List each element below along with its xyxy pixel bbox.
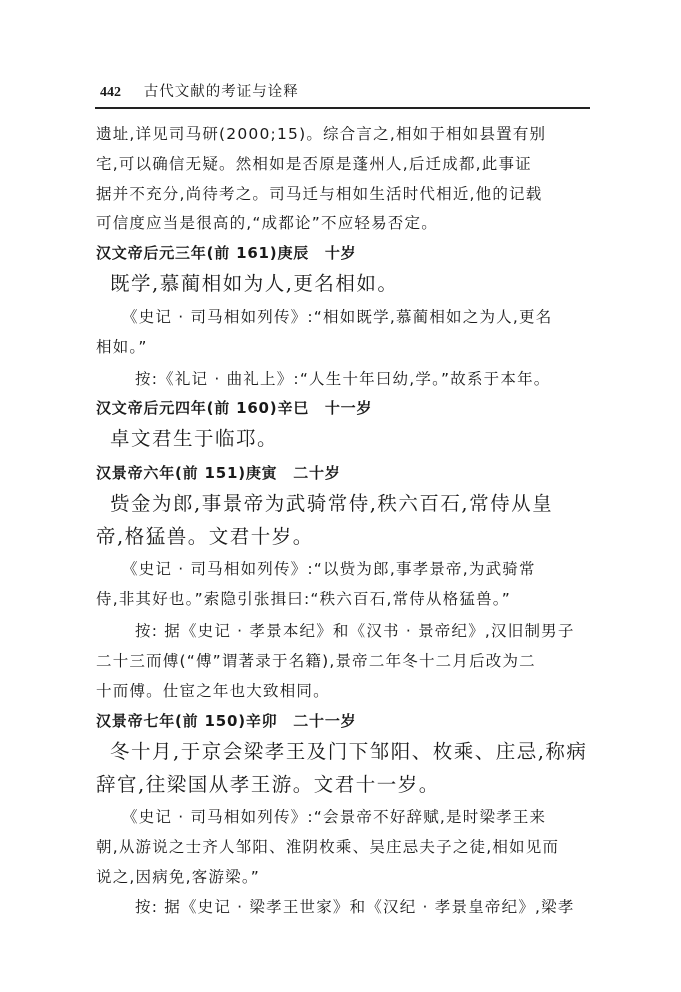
body-line: 相如。” <box>96 335 592 357</box>
body-line: 可信度应当是很高的,“成都论”不应轻易否定。 <box>96 211 592 233</box>
year-heading: 汉文帝后元三年(前 161)庚辰 十岁 <box>96 242 592 263</box>
quote-line: 《史记 · 司马相如列传》:“相如既学,慕蔺相如之为人,更名 <box>122 305 618 327</box>
quote-line: 《史记 · 司马相如列传》:“会景帝不好辞赋,是时梁孝王来 <box>122 805 618 827</box>
running-header: 442 古代文献的考证与诠释 <box>100 80 299 101</box>
body-line: 据并不充分,尚待考之。司马迁与相如生活时代相近,他的记载 <box>96 182 592 204</box>
quote-line: 《史记 · 司马相如列传》:“以赀为郎,事孝景帝,为武骑常 <box>122 557 618 579</box>
year-heading: 汉文帝后元四年(前 160)辛巳 十一岁 <box>96 397 592 418</box>
page-number: 442 <box>100 85 121 100</box>
header-rule <box>95 107 590 109</box>
year-heading: 汉景帝六年(前 151)庚寅 二十岁 <box>96 462 592 483</box>
body-line: 十而傅。仕宦之年也大致相同。 <box>96 679 592 701</box>
body-line: 侍,非其好也。”索隐引张揖曰:“秩六百石,常侍从格猛兽。” <box>96 587 592 609</box>
note-line: 按: 据《史记 · 孝景本纪》和《汉书 · 景帝纪》,汉旧制男子 <box>135 619 631 641</box>
note-line: 按:《礼记 · 曲礼上》:“人生十年曰幼,学。”故系于本年。 <box>135 367 631 389</box>
main-entry: 既学,慕蔺相如为人,更名相如。 <box>110 268 606 296</box>
main-entry: 卓文君生于临邛。 <box>110 423 606 451</box>
main-entry: 辞官,往梁国从孝王游。文君十一岁。 <box>96 769 592 797</box>
note-line: 按: 据《史记 · 梁孝王世家》和《汉纪 · 孝景皇帝纪》,梁孝 <box>135 895 631 917</box>
body-line: 说之,因病免,客游梁。” <box>96 865 592 887</box>
body-line: 遗址,详见司马研(2000;15)。综合言之,相如于相如县置有别 <box>96 122 592 144</box>
year-heading: 汉景帝七年(前 150)辛卯 二十一岁 <box>96 710 592 731</box>
book-title: 古代文献的考证与诠释 <box>144 84 299 100</box>
book-page: 442 古代文献的考证与诠释 遗址,详见司马研(2000;15)。综合言之,相如… <box>0 0 681 992</box>
main-entry: 冬十月,于京会梁孝王及门下邹阳、枚乘、庄忌,称病 <box>110 736 606 764</box>
body-line: 二十三而傅(“傅”谓著录于名籍),景帝二年冬十二月后改为二 <box>96 649 592 671</box>
body-line: 宅,可以确信无疑。然相如是否原是蓬州人,后迁成都,此事证 <box>96 152 592 174</box>
main-entry: 帝,格猛兽。文君十岁。 <box>96 521 592 549</box>
body-line: 朝,从游说之士齐人邹阳、淮阴枚乘、吴庄忌夫子之徒,相如见而 <box>96 835 592 857</box>
main-entry: 赀金为郎,事景帝为武骑常侍,秩六百石,常侍从皇 <box>110 488 606 516</box>
